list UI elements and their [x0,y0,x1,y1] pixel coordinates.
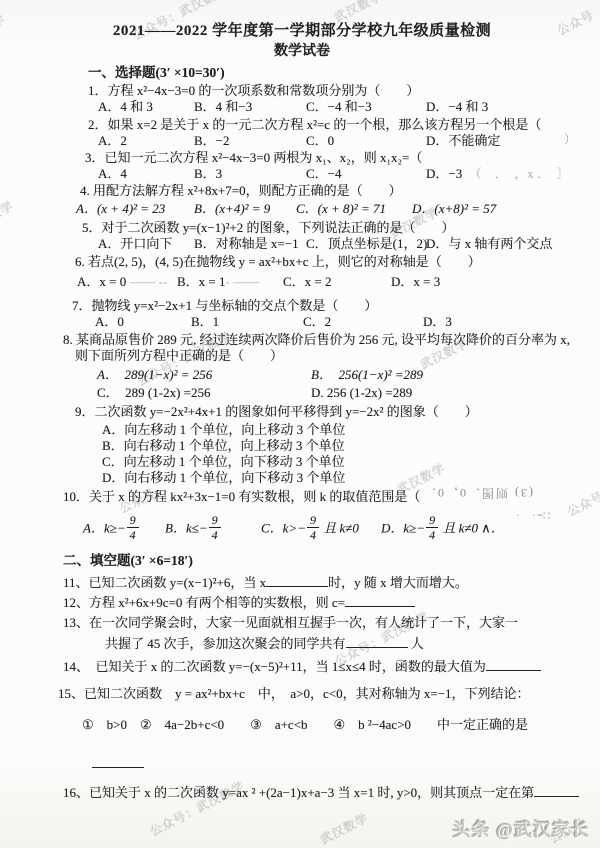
q3-option-d: D．−3 [426,166,462,181]
q5-option-a: A．开口向下 [98,236,194,251]
q1-option-a: A．4 和 3 [98,99,194,114]
choice-section-heading: 一、选择题(3′ ×10=30′) [30,65,574,81]
page-content: 2021——2022 学年度第一学期部分学校九年级质量检测 数学试卷 一、选择题… [0,0,600,848]
q6-option-d: D．x = 3 [391,274,440,289]
q10-option-c: C．k>−94 且 k≠0 [261,514,381,541]
q3-options: A．4 B．3 C．−4 D．−3 （ ． ，x ． 〕 [30,166,574,181]
q14-answer-blank [486,658,541,671]
q9-option-d: D．向右移动 1 个单位，向下移动 3 个单位 [30,470,574,486]
q1-stem: 1．方程 x²−4x−3=0 的一次项系数和常数项分别为（ ） [30,83,574,99]
q6-option-c: C．x = 2 [283,274,391,289]
q7-stem: 7．抛物线 y=x²−2x+1 与坐标轴的交点个数是（ ） [30,298,574,314]
q4-stem: 4. 用配方法解方程 x²+8x+7=0，则配方正确的是（ ） [30,183,574,199]
q4-options: A．(x + 4)² = 23 B．(x+4)² = 9 C．(x + 8)² … [30,200,574,218]
q15-answer-blank [92,755,144,768]
q9-option-a: A．向左移动 1 个单位，向上移动 3 个单位 [30,422,574,438]
q8-option-b: B． 256(1−x)² =289 [311,366,423,383]
q9-option-b: B．向右移动 1 个单位，向上移动 3 个单位 [30,438,574,454]
q7-option-c: C．2 [303,314,423,329]
q5-options: A．开口向下 B．对称轴是 x=−1 C．顶点坐标是(1，2) D．与 x 轴有… [30,236,574,251]
q13-answer-blank [346,635,408,648]
fraction-nine-fourths: 94 [426,514,438,541]
q10-option-a: A．k≥−94 [83,514,165,541]
q5-option-b: B．对称轴是 x=−1 [194,236,306,251]
q2-option-b: B．−2 [194,133,306,148]
q1-option-c: C．−4 和−3 [306,99,426,114]
q7-option-b: B．1 [191,314,303,329]
q15-text-line2: ① b>0 ② 4a−2b+c<0 ③ a+c<b ④ b ²−4ac>0 中一… [30,717,574,733]
q9-stem: 9．二次函数 y=−2x²+4x+1 的图象如何平移得到 y=−2x² 的图象（… [30,404,574,420]
q5-option-c: C．顶点坐标是(1，2) [306,236,426,251]
q1-option-b: B．4 和−3 [194,99,306,114]
fraction-nine-fourths: 94 [127,514,139,541]
q14-text: 14、 已知关于 x 的二次函数 y=−(x−5)²+11，当 1≤x≤4 时，… [30,658,574,675]
q3-option-c: C．−4 [306,166,426,181]
q11-answer-blank [266,574,328,587]
q15-answer-line [30,755,574,772]
q5-option-d: D．与 x 轴有两个交点 [426,236,552,251]
fraction-nine-fourths: 94 [307,514,319,541]
q6-option-b: B．x = 1‑ —— [177,274,283,289]
scan-artifact: —— ‑‑ [129,274,167,289]
q12-text: 12、方程 x²+6x+9c=0 有两个相等的实数根，则 c= [30,594,574,611]
q3-option-a: A．4 [98,166,194,181]
page-subtitle: 数学试卷 [30,43,574,61]
q4-option-a: A．(x + 4)² = 23 [76,200,194,218]
q6-stem: 6. 若点(2, 5)，(4, 5)在抛物线 y = ax²+bx+c 上，则它… [30,254,574,270]
q4-option-b: B．(x+4)² = 9 [194,200,296,218]
q6-options: A．x = 0 —— ‑‑ B．x = 1‑ —— C．x = 2 D．x = … [30,274,574,289]
scan-artifact: ‑ —— [226,274,260,289]
q2-option-d: D．不能确定 [426,133,500,148]
scan-artifact: （ ． ，x ． 〕 [462,166,569,181]
toutiao-badge: 头条 @武汉家长 [453,816,590,842]
q7-option-d: D．3 [423,314,452,329]
q3-stem: 3．已知一元二次方程 x²−4x−3=0 两根为 x₁、x₂，则 x₁x₂=（ [30,150,574,166]
q7-option-a: A．0 [95,314,191,329]
q10-option-b: B．k≤−94 [165,514,261,541]
q10-stem: 10．关于 x 的方程 kx²+3x−1=0 有实数根，则 k 的取值范围是（ [30,489,574,505]
q8-option-a: A． 289(1−x)² = 256 [97,366,311,383]
q7-options: A．0 B．1 C．2 D．3 [30,314,574,329]
page-title: 2021——2022 学年度第一学期部分学校九年级质量检测 [30,22,574,41]
q10-option-d: D．k≥−94 且 k≠0 ∧． [381,514,504,541]
q6-option-a: A．x = 0 —— ‑‑ [77,274,177,289]
fill-section-heading: 二、填空题(3′ ×6=18′) [30,553,574,569]
q4-option-c: C．(x + 8)² = 71 [296,200,412,218]
q8-options-row2: C． 289 (1-2x) =256 D. 256 (1-2x) =289 [30,384,574,401]
q4-option-d: D．(x+8)² = 57 [412,200,496,218]
q8-option-d: D. 256 (1-2x) =289 [311,384,412,401]
q3-option-b: B．3 [194,166,306,181]
q11-text: 11、已知二次函数 y=(x−1)²+6，当 x时，y 随 x 增大而增大。 [30,574,574,591]
q8-option-c: C． 289 (1-2x) =256 [97,384,311,401]
q10-options: A．k≥−94 B．k≤−94 C．k>−94 且 k≠0 D．k≥−94 且 … [30,514,574,541]
q2-option-a: A．2 [98,133,194,148]
exam-paper-scan: 公众号：武汉数学 武汉数学 公众号 学 数学 武汉数学 公众号：武汉数学 武汉数… [0,0,600,848]
q9-option-c: C．向左移动 1 个单位，向下移动 3 个单位 [30,454,574,470]
q13-text-line2: 共握了 45 次手，参加这次聚会的同学共有 人 [30,635,574,652]
q8-options-row1: A． 289(1−x)² = 256 B． 256(1−x)² =289 [30,366,574,383]
q5-stem: 5．对于二次函数 y=(x−1)²+2 的图象，下列说法正确的是（ ） [30,220,574,236]
q8-stem-line2: 则下面所列方程中正确的是（ ） [30,348,574,364]
q1-option-d: D．−4 和 3 [426,99,488,114]
q13-text-line1: 13、在一次同学聚会时，大家一见面就相互握手一次，有人统计了一下，大家一 [30,614,574,631]
q16-answer-blank [534,784,579,797]
fraction-nine-fourths: 94 [209,514,221,541]
q2-options: A．2 B．−2 C．0 D．不能确定 [30,133,574,148]
q2-option-c: C．0 [306,133,426,148]
q8-stem-line1: 8. 某商品原售价 289 元, 经过连续两次降价后售价为 256 元, 设平均… [30,332,574,348]
q12-answer-blank [345,594,415,607]
q15-text-line1: 15、已知二次函数 y = ax²+bx+c 中， a>0，c<0，其对称轴为 … [30,685,574,702]
q16-text: 16、已知关于 x 的二次函数 y=ax ² +(2a−1)x+a−3 当 x=… [30,784,574,801]
q2-stem: 2．如果 x=2 是关于 x 的一元二次方程 x²=c 的一个根，那么该方程另一… [30,117,574,133]
q1-options: A．4 和 3 B．4 和−3 C．−4 和−3 D．−4 和 3 [30,99,574,114]
